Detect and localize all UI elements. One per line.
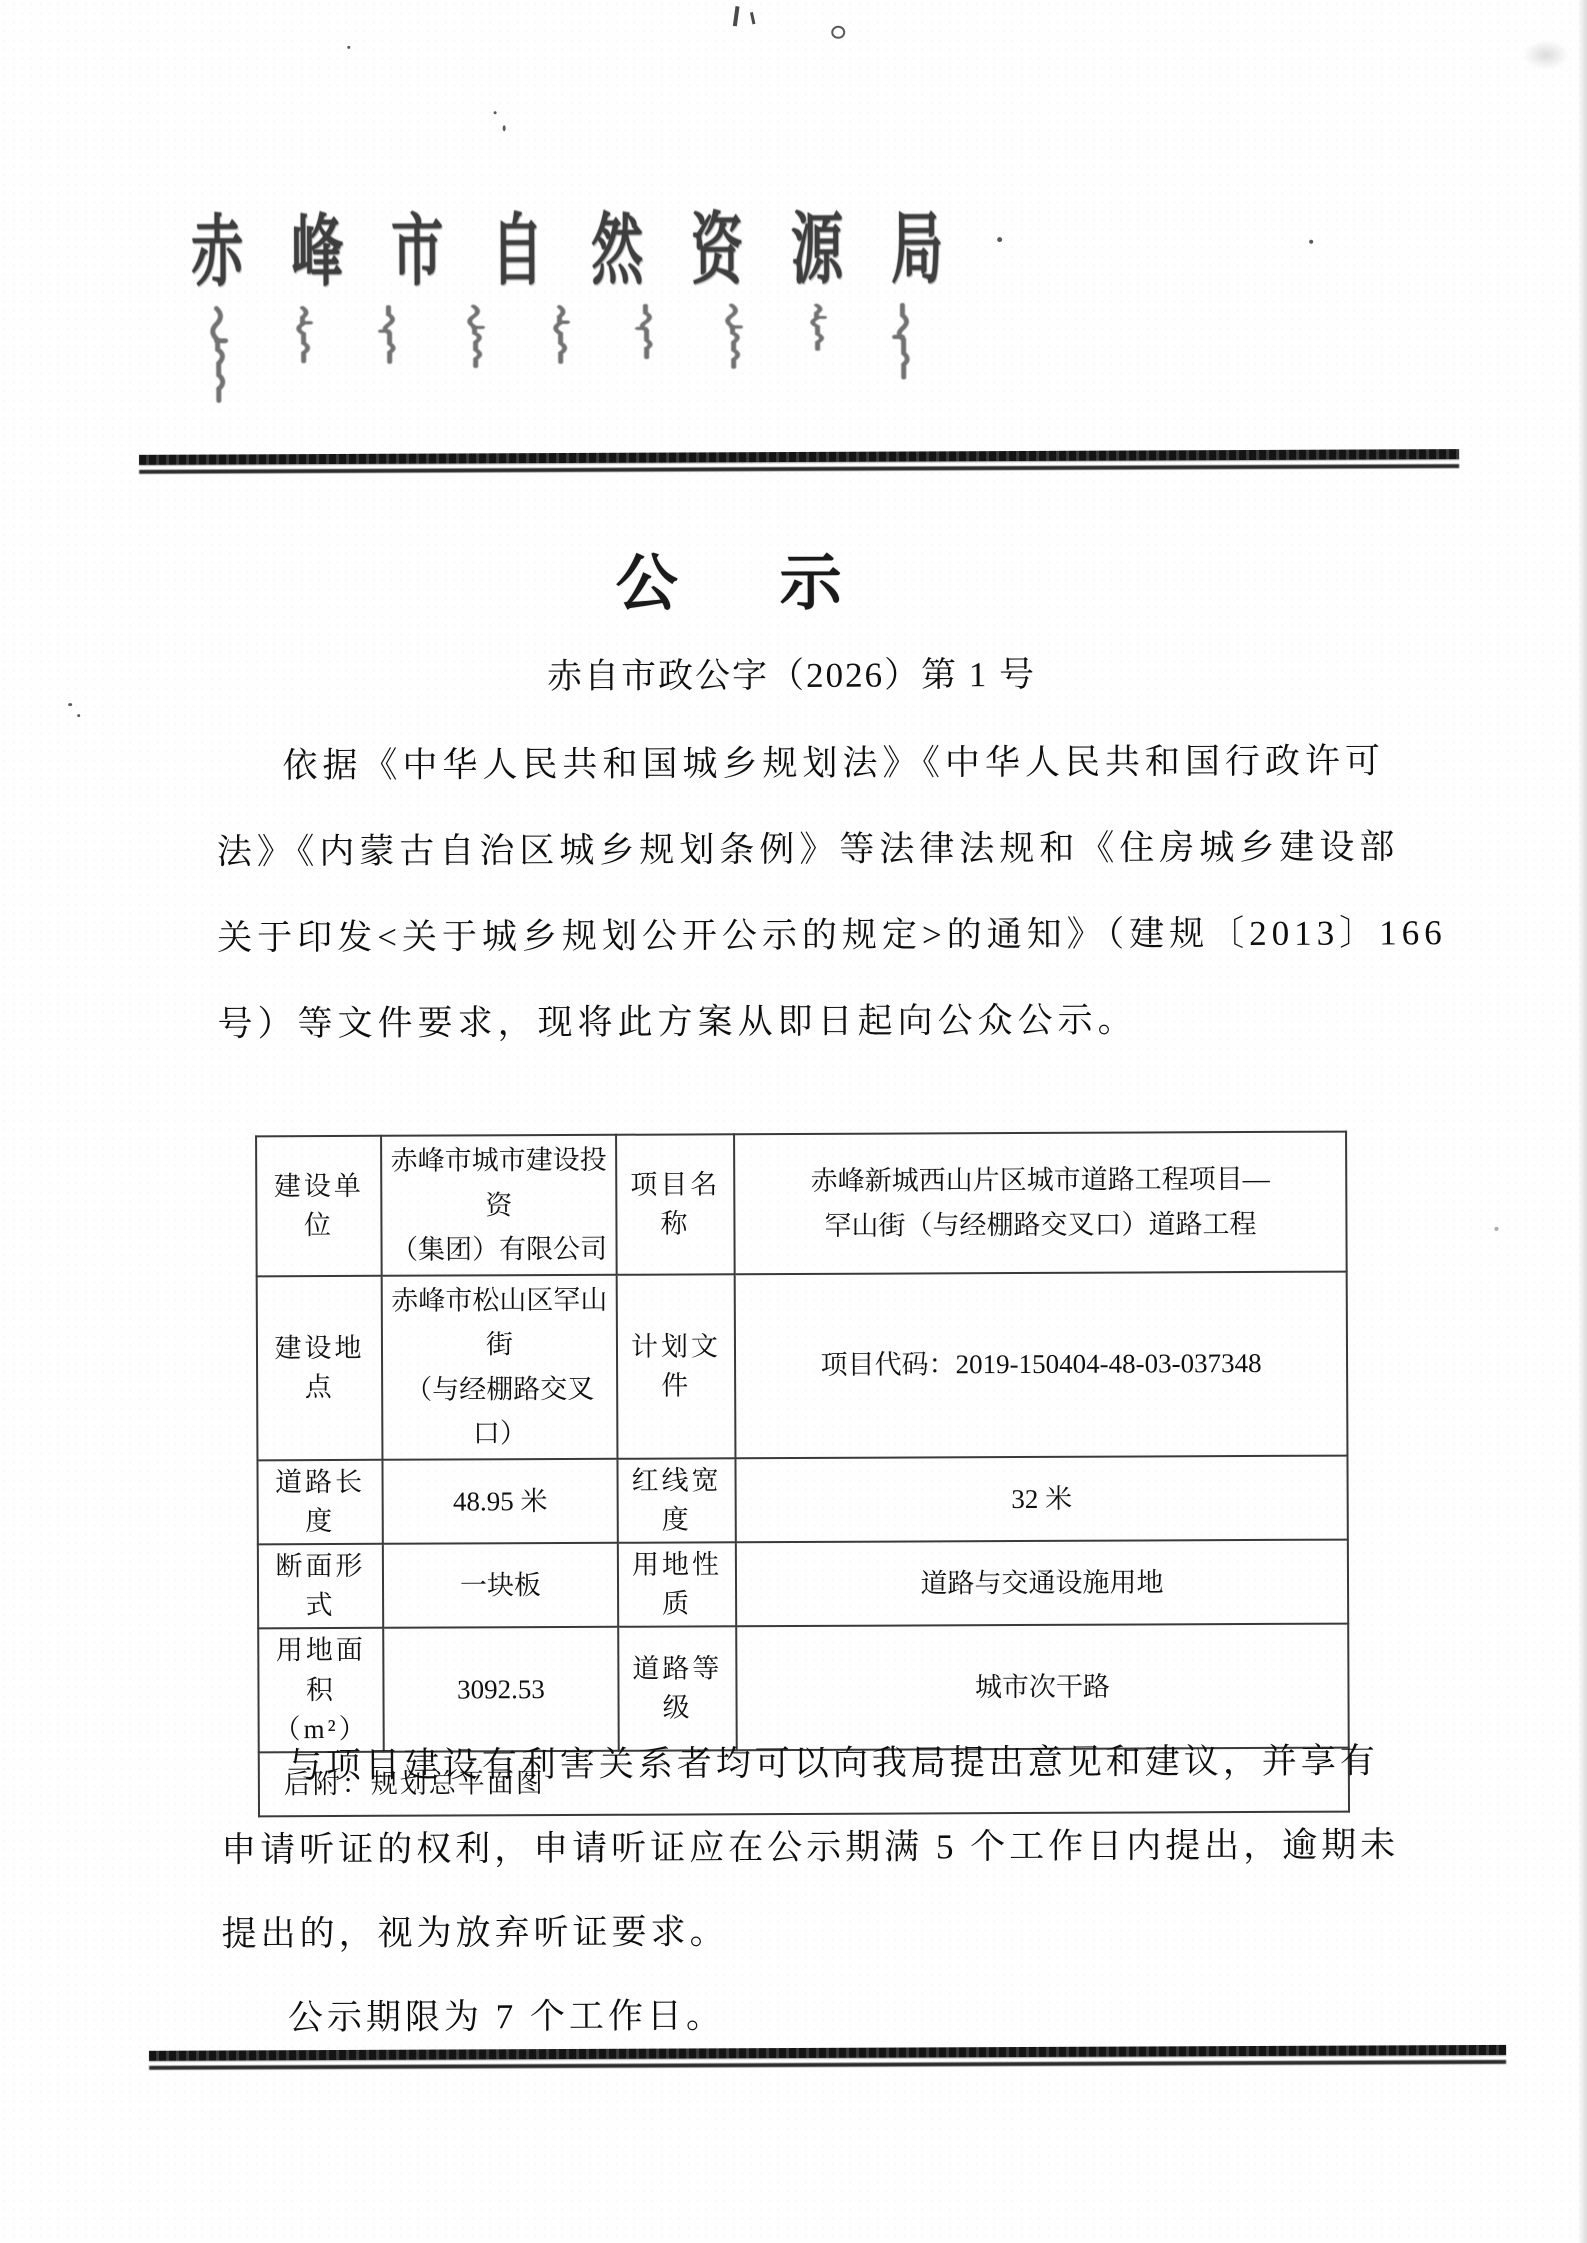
paragraph-line: 法》《内蒙古自治区城乡规划条例》等法律法规和《住房城乡建设部	[217, 804, 1397, 895]
row-label: 建设地点	[257, 1275, 383, 1460]
scan-speck	[68, 703, 72, 706]
paragraph-line: 依据《中华人民共和国城乡规划法》《中华人民共和国行政许可	[216, 718, 1396, 809]
row-label: 道路长度	[257, 1460, 382, 1545]
scan-speck	[831, 26, 845, 39]
mongolian-glyph-icon	[718, 303, 744, 369]
scan-speck	[503, 125, 506, 131]
scan-smudge	[1523, 40, 1569, 70]
row-value: 赤峰市松山区罕山街 （与经棚路交叉口）	[382, 1274, 618, 1459]
scan-edge-shadow	[1578, 0, 1587, 2243]
scan-speck	[750, 12, 755, 24]
agency-name: 赤 峰 市 自 然 资 源 局	[191, 212, 943, 301]
scan-speck	[1494, 1227, 1498, 1231]
divider-thin-bar	[139, 464, 1459, 474]
paragraph-line: 与项目建设有利害关系者均可以向我局提出意见和建议，并享有	[221, 1719, 1401, 1808]
paragraph-line: 关于印发<关于城乡规划公开公示的规定>的通知》（建规〔2013〕166	[217, 890, 1397, 981]
agency-name-char: 源	[791, 213, 843, 291]
table-row: 建设单位 赤峰市城市建设投资 （集团）有限公司 项目名称 赤峰新城西山片区城市道…	[256, 1132, 1347, 1276]
row-value: 32 米	[735, 1455, 1347, 1542]
scan-speck	[494, 111, 497, 114]
closing-paragraph: 与项目建设有利害关系者均可以向我局提出意见和建议，并享有 申请听证的权利，申请听…	[221, 1719, 1402, 2060]
divider-thick-bar	[139, 449, 1459, 465]
mongolian-glyph-icon	[461, 304, 487, 368]
table-row: 建设地点 赤峰市松山区罕山街 （与经棚路交叉口） 计划文件 项目代码：2019-…	[257, 1271, 1348, 1460]
row-value: 48.95 米	[382, 1459, 617, 1544]
mongolian-glyph-icon	[375, 305, 401, 371]
mongolian-script-row	[203, 302, 915, 405]
table-row: 断面形式 一块板 用地性质 道路与交通设施用地	[258, 1540, 1348, 1629]
paragraph-line: 申请听证的权利，申请听证应在公示期满 5 个工作日内提出，逾期未	[221, 1803, 1401, 1892]
agency-name-char: 局	[891, 212, 943, 290]
agency-name-char: 赤	[191, 215, 243, 293]
table-row: 道路长度 48.95 米 红线宽度 32 米	[257, 1455, 1347, 1544]
row-label: 用地性质	[618, 1542, 736, 1627]
notice-title-char: 公	[616, 551, 678, 619]
row-label: 项目名称	[616, 1134, 735, 1274]
agency-name-char: 市	[391, 215, 443, 293]
paragraph-line: 号）等文件要求，现将此方案从即日起向公众公示。	[217, 976, 1397, 1067]
agency-name-char: 资	[691, 213, 743, 291]
row-label: 红线宽度	[617, 1458, 735, 1543]
scan-speck	[347, 46, 350, 49]
row-label: 断面形式	[258, 1544, 383, 1629]
scan-speck	[997, 237, 1002, 242]
row-value: 赤峰市城市建设投资 （集团）有限公司	[381, 1135, 617, 1276]
divider-thin-bar	[149, 2060, 1506, 2070]
scan-speck	[77, 714, 80, 717]
row-value: 项目代码：2019-150404-48-03-037348	[735, 1271, 1348, 1458]
mongolian-glyph-icon	[289, 305, 315, 373]
mongolian-glyph-icon	[804, 303, 830, 359]
row-value: 赤峰新城西山片区城市道路工程项目— 罕山街（与经棚路交叉口）道路工程	[734, 1132, 1347, 1274]
letterhead: 赤 峰 市 自 然 资 源 局	[0, 0, 1582, 3]
row-value: 一块板	[383, 1543, 618, 1628]
scanned-notice-page: 赤 峰 市 自 然 资 源 局	[0, 0, 1587, 2243]
mongolian-glyph-icon	[546, 304, 572, 374]
scan-speck	[1309, 240, 1313, 244]
notice-title-char: 示	[780, 550, 842, 618]
agency-name-char: 峰	[291, 215, 343, 293]
project-info-table: 建设单位 赤峰市城市建设投资 （集团）有限公司 项目名称 赤峰新城西山片区城市道…	[255, 1131, 1350, 1818]
paragraph-line: 提出的，视为放弃听证要求。	[221, 1887, 1401, 1976]
mongolian-glyph-icon	[203, 305, 229, 403]
mongolian-glyph-icon	[889, 302, 915, 388]
notice-title: 公 示	[616, 550, 842, 619]
header-divider-line	[139, 449, 1459, 474]
row-label: 建设单位	[256, 1136, 382, 1276]
agency-name-char: 然	[591, 214, 643, 292]
scan-speck	[733, 6, 740, 26]
row-label: 计划文件	[617, 1274, 736, 1459]
row-value: 道路与交通设施用地	[736, 1540, 1348, 1627]
legal-basis-paragraph: 依据《中华人民共和国城乡规划法》《中华人民共和国行政许可 法》《内蒙古自治区城乡…	[216, 718, 1397, 1067]
agency-name-char: 自	[491, 214, 543, 292]
mongolian-glyph-icon	[632, 304, 658, 366]
document-number: 赤自市政公字（2026）第 1 号	[0, 645, 1585, 702]
